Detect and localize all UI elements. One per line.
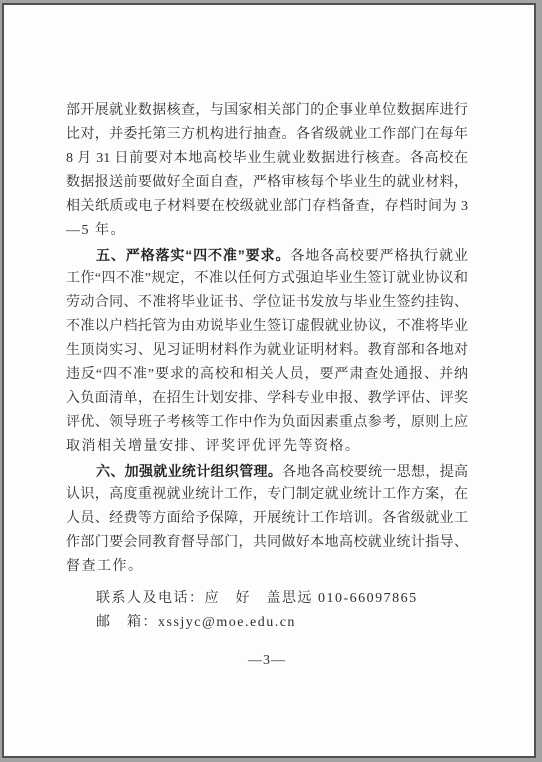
text-line: 联系人及电话：应 好 盖思远 010-66097865 (66, 587, 468, 611)
text-line: 评优、领导班子考核等工作中作为负面因素重点参考，原则上应 (66, 411, 468, 435)
text-line: 比对，并委托第三方机构进行抽查。各省级就业工作部门在每年 (66, 123, 468, 147)
text-line: 取消相关增量安排、评奖评优评先等资格。 (66, 435, 468, 459)
page-number: —3— (66, 653, 468, 669)
section-heading: 五、严格落实“四不准”要求。 (96, 247, 290, 263)
line-text: 各地各高校要统一思想，提高 (282, 465, 468, 480)
text-line: 劳动合同、不准将毕业证书、学位证书发放与毕业生签约挂钩、 (66, 291, 468, 315)
text-line: 不准以户档托管为由劝说毕业生签订虚假就业协议，不准将毕业 (66, 315, 468, 339)
text-line: 邮 箱：xssjyc@moe.edu.cn (66, 611, 468, 635)
text-line: —5 年。 (66, 219, 468, 243)
text-line: 作部门要会同教育督导部门，共同做好本地高校就业统计指导、 (66, 531, 468, 555)
text-line: 数据报送前要做好全面自查，严格审核每个毕业生的就业材料， (66, 171, 468, 195)
text-line: 相关纸质或电子材料要在校级就业部门存档备查，存档时间为 3 (66, 195, 468, 219)
text-line: 8 月 31 日前要对本地高校毕业生就业数据进行核查。各高校在 (66, 147, 468, 171)
text-line: 督查工作。 (66, 555, 468, 579)
text-line: 生顶岗实习、见习证明材料作为就业证明材料。教育部和各地对 (66, 339, 468, 363)
text-line: 工作“四不准”规定，不准以任何方式强迫毕业生签订就业协议和 (66, 267, 468, 291)
text-line: 认识，高度重视就业统计工作，专门制定就业统计工作方案，在 (66, 483, 468, 507)
text-line: 入负面清单，在招生计划安排、学科专业申报、教学评估、评奖 (66, 387, 468, 411)
document-page: 部开展就业数据核查，与国家相关部门的企事业单位数据库进行比对，并委托第三方机构进… (2, 3, 536, 758)
scanned-document: 部开展就业数据核查，与国家相关部门的企事业单位数据库进行比对，并委托第三方机构进… (0, 0, 542, 762)
text-line: 部开展就业数据核查，与国家相关部门的企事业单位数据库进行 (66, 99, 468, 123)
line-text: 各地各高校要严格执行就业 (290, 249, 468, 264)
text-line: 人员、经费等方面给予保障，开展统计工作培训。各省级就业工 (66, 507, 468, 531)
document-body: 部开展就业数据核查，与国家相关部门的企事业单位数据库进行比对，并委托第三方机构进… (66, 99, 468, 635)
section-heading: 六、加强就业统计组织管理。 (96, 463, 282, 479)
paragraph-first-line: 五、严格落实“四不准”要求。各地各高校要严格执行就业 (66, 243, 468, 267)
paragraph-first-line: 六、加强就业统计组织管理。各地各高校要统一思想，提高 (66, 459, 468, 483)
text-line: 违反“四不准”要求的高校和相关人员，要严肃查处通报、并纳 (66, 363, 468, 387)
